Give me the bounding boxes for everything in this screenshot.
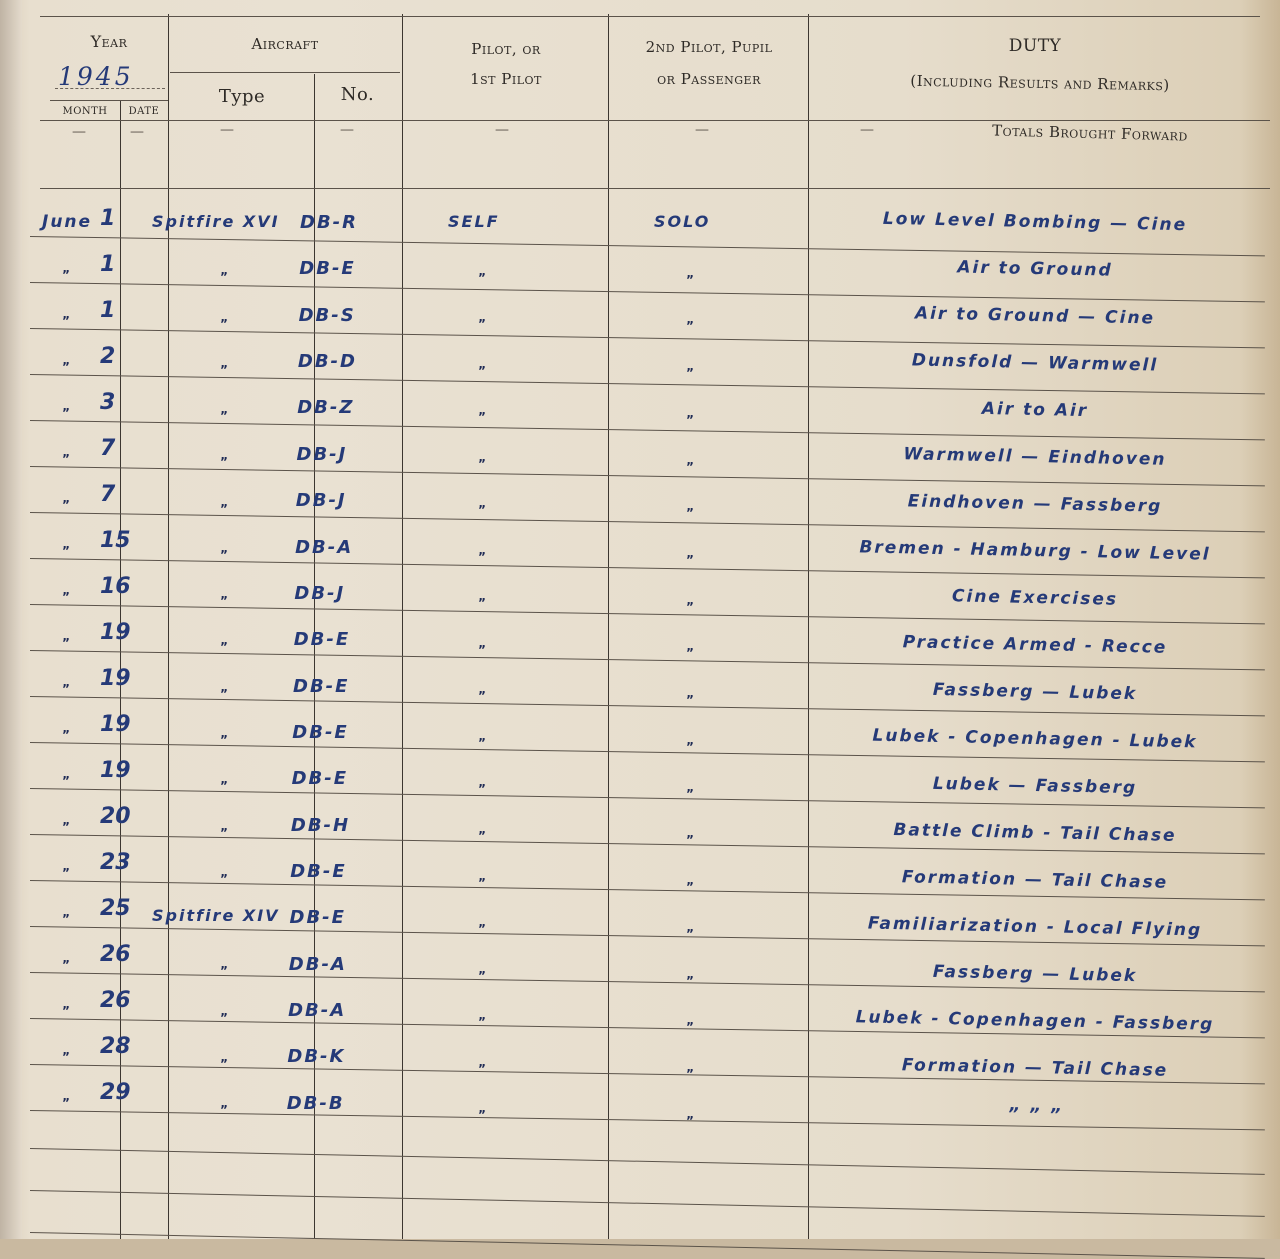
entry-aircraft-type: ”	[220, 455, 228, 469]
entry-pilot: SELF	[448, 212, 500, 231]
entry-month: ”	[62, 268, 70, 282]
entry-month: ”	[62, 912, 70, 926]
entry-second-pilot: ”	[686, 506, 694, 520]
entry-month: ”	[62, 452, 70, 466]
aircraft-header: Aircraft	[170, 35, 400, 53]
duty-subheader: (Including Results and Remarks)	[820, 70, 1260, 96]
row-rule	[30, 420, 1265, 440]
entry-pilot: ”	[478, 1062, 486, 1076]
entry-month: ”	[62, 314, 70, 328]
rule-aircraft-sub	[170, 72, 400, 73]
entry-aircraft-type: ”	[220, 270, 228, 284]
entry-aircraft-no: DB-E	[292, 768, 348, 789]
entry-second-pilot: ”	[686, 646, 694, 660]
entry-aircraft-type: ”	[220, 1011, 228, 1025]
pilot-dash: —	[495, 122, 509, 138]
entry-aircraft-no: DB-R	[300, 212, 358, 233]
entry-second-pilot: ”	[686, 319, 694, 333]
entry-date: 16	[100, 574, 131, 599]
rule-aircraft-pilot	[402, 14, 403, 1239]
entry-duty: Cine Exercises	[800, 583, 1270, 613]
entry-date: 2	[100, 344, 115, 369]
no-dash: —	[340, 122, 354, 138]
month-dash: —	[72, 124, 86, 140]
entry-second-pilot: ”	[686, 460, 694, 474]
entry-aircraft-no: DB-E	[294, 629, 350, 650]
entry-pilot: ”	[478, 410, 486, 424]
entry-month: ”	[62, 636, 70, 650]
second-dash: —	[695, 122, 709, 138]
rule-header-bottom	[40, 120, 1270, 121]
entry-second-pilot: ”	[686, 880, 694, 894]
entry-aircraft-type: ”	[220, 363, 228, 377]
entry-date: 26	[100, 942, 131, 967]
entry-pilot: ”	[478, 643, 486, 657]
entry-aircraft-no: DB-J	[297, 444, 348, 465]
entry-date: 1	[100, 298, 115, 323]
entry-month: ”	[62, 682, 70, 696]
year-header: Year	[50, 32, 168, 51]
entry-duty: Fassberg — Lubek	[800, 677, 1270, 707]
entry-month: ”	[62, 498, 70, 512]
entry-date: 19	[100, 712, 131, 737]
entry-aircraft-type: ”	[220, 594, 228, 608]
row-rule	[30, 328, 1265, 348]
entry-pilot: ”	[478, 876, 486, 890]
entry-aircraft-type: ”	[220, 317, 228, 331]
entry-second-pilot: ”	[686, 787, 694, 801]
entry-second-pilot: ”	[686, 693, 694, 707]
entry-second-pilot: ”	[686, 1020, 694, 1034]
entry-aircraft-type: ”	[220, 640, 228, 654]
blank-row-rule	[30, 1148, 1265, 1175]
totals-brought-forward: Totals Brought Forward	[930, 120, 1250, 146]
entry-date: 26	[100, 988, 131, 1013]
pilot-header-line2: 1st Pilot	[404, 70, 608, 88]
entry-second-pilot: ”	[686, 1114, 694, 1128]
rule-pilot-second	[608, 14, 609, 1239]
entry-aircraft-no: DB-E	[292, 722, 348, 743]
entry-date: 20	[100, 804, 131, 829]
entry-second-pilot: ”	[686, 833, 694, 847]
entry-duty: Eindhoven — Fassberg	[800, 489, 1270, 519]
entry-aircraft-no: DB-S	[299, 305, 356, 326]
entry-aircraft-type: ”	[220, 548, 228, 562]
entry-aircraft-type: ”	[220, 779, 228, 793]
rule-totals-bottom	[40, 188, 1270, 189]
entry-aircraft-no: DB-Z	[297, 397, 354, 418]
entry-aircraft-type: ”	[220, 687, 228, 701]
entry-pilot: ”	[478, 503, 486, 517]
entry-second-pilot: ”	[686, 927, 694, 941]
entry-aircraft-no: DB-E	[290, 861, 346, 882]
entry-date: 19	[100, 620, 131, 645]
row-rule	[30, 374, 1265, 394]
entry-month: ”	[62, 820, 70, 834]
entry-aircraft-no: DB-A	[295, 537, 353, 558]
entry-duty: Formation — Tail Chase	[800, 865, 1270, 895]
entry-aircraft-no: DB-B	[287, 1093, 345, 1114]
entry-date: 15	[100, 528, 131, 553]
entry-second-pilot: ”	[686, 413, 694, 427]
entry-aircraft-type: ”	[220, 1057, 228, 1071]
second-pilot-header-line1: 2nd Pilot, Pupil	[610, 38, 808, 56]
entry-duty: Practice Armed - Recce	[800, 630, 1270, 660]
entry-month: ”	[62, 590, 70, 604]
entry-duty: Air to Air	[800, 395, 1270, 425]
entry-duty: Familiarization - Local Flying	[800, 912, 1270, 942]
entry-date: 25	[100, 896, 131, 921]
year-dotted-line	[55, 88, 165, 89]
entry-pilot: ”	[478, 596, 486, 610]
entry-aircraft-no: DB-K	[287, 1046, 345, 1067]
entry-month: ”	[62, 958, 70, 972]
date-header: Date	[121, 106, 167, 117]
rule-top	[40, 16, 1260, 17]
entry-aircraft-type: ”	[220, 733, 228, 747]
blank-row-rule	[30, 1232, 1265, 1239]
pilot-header-line1: Pilot, or	[404, 40, 608, 58]
entry-pilot: ”	[478, 317, 486, 331]
entry-aircraft-no: DB-H	[291, 815, 350, 836]
entry-duty: Lubek - Copenhagen - Lubek	[800, 724, 1270, 754]
entry-date: 7	[100, 436, 115, 461]
entry-month: ”	[62, 728, 70, 742]
entry-pilot: ”	[478, 782, 486, 796]
entry-pilot: ”	[478, 364, 486, 378]
entry-aircraft-no: DB-J	[294, 583, 345, 604]
entry-pilot: ”	[478, 829, 486, 843]
duty-dash: —	[860, 122, 874, 138]
entry-pilot: ”	[478, 689, 486, 703]
entry-date: 1	[100, 252, 115, 277]
entry-aircraft-type: Spitfire XVI	[152, 212, 280, 231]
entry-second-pilot: ”	[686, 1067, 694, 1081]
entry-second-pilot: ”	[686, 553, 694, 567]
entry-date: 19	[100, 758, 131, 783]
date-dash: —	[130, 124, 144, 140]
entry-aircraft-type: ”	[220, 1103, 228, 1117]
type-dash: —	[220, 122, 234, 138]
logbook-page: Year 1945 Month Date Aircraft Type No. P…	[0, 0, 1280, 1239]
entry-date: 1	[100, 206, 115, 231]
entry-aircraft-no: DB-A	[288, 1000, 346, 1021]
entry-date: 19	[100, 666, 131, 691]
year-value: 1945	[58, 62, 134, 91]
entry-pilot: ”	[478, 457, 486, 471]
entry-second-pilot: ”	[686, 740, 694, 754]
entry-pilot: ”	[478, 969, 486, 983]
entry-month: June	[42, 212, 92, 232]
entry-aircraft-no: DB-J	[296, 490, 347, 511]
entry-month: ”	[62, 1050, 70, 1064]
entry-date: 7	[100, 482, 115, 507]
entry-aircraft-no: DB-E	[299, 258, 355, 279]
entry-date: 28	[100, 1034, 131, 1059]
row-rule	[30, 236, 1265, 256]
entry-month: ”	[62, 774, 70, 788]
entry-pilot: ”	[478, 1015, 486, 1029]
rule-year-aircraft	[168, 14, 169, 1239]
entry-duty: Air to Ground — Cine	[800, 301, 1270, 331]
row-rule	[30, 512, 1265, 532]
entry-aircraft-type: Spitfire XIV	[152, 906, 280, 925]
entry-aircraft-no: DB-E	[290, 907, 346, 928]
duty-header: DUTY	[810, 36, 1260, 56]
no-header: No.	[315, 84, 400, 105]
entry-aircraft-type: ”	[220, 409, 228, 423]
entry-second-pilot: ”	[686, 366, 694, 380]
entry-duty: Lubek — Fassberg	[800, 771, 1270, 801]
type-header: Type	[170, 86, 314, 107]
entry-month: ”	[62, 544, 70, 558]
entry-month: ”	[62, 406, 70, 420]
entry-second-pilot: SOLO	[654, 212, 710, 231]
entry-aircraft-type: ”	[220, 872, 228, 886]
entry-pilot: ”	[478, 736, 486, 750]
entry-aircraft-no: DB-A	[289, 954, 347, 975]
entry-month: ”	[62, 360, 70, 374]
entry-second-pilot: ”	[686, 273, 694, 287]
entry-second-pilot: ”	[686, 600, 694, 614]
entry-date: 29	[100, 1080, 131, 1105]
entry-duty: Air to Ground	[800, 254, 1270, 284]
month-header: Month	[50, 106, 120, 117]
row-rule	[30, 282, 1265, 302]
entry-month: ”	[62, 1096, 70, 1110]
entry-duty: Low Level Bombing — Cine	[800, 207, 1270, 237]
second-pilot-header-line2: or Passenger	[610, 70, 808, 88]
entry-month: ”	[62, 1004, 70, 1018]
rule-year-sub	[50, 100, 168, 101]
entry-duty: Warmwell — Eindhoven	[800, 442, 1270, 472]
entry-pilot: ”	[478, 550, 486, 564]
entry-pilot: ”	[478, 922, 486, 936]
entry-duty: Battle Climb - Tail Chase	[800, 818, 1270, 848]
entry-duty: Dunsfold — Warmwell	[800, 348, 1270, 378]
entry-pilot: ”	[478, 1108, 486, 1122]
entry-aircraft-no: DB-E	[293, 676, 349, 697]
entry-duty: Formation — Tail Chase	[800, 1053, 1270, 1083]
entry-pilot: ”	[478, 271, 486, 285]
entry-date: 23	[100, 850, 131, 875]
blank-row-rule	[30, 1190, 1265, 1217]
page-binding-edge	[0, 0, 22, 1239]
entry-date: 3	[100, 390, 115, 415]
entry-aircraft-no: DB-D	[298, 351, 357, 372]
entry-second-pilot: ”	[686, 974, 694, 988]
entry-duty: Bremen - Hamburg - Low Level	[800, 536, 1270, 566]
entry-aircraft-type: ”	[220, 964, 228, 978]
entry-month: ”	[62, 866, 70, 880]
entry-aircraft-type: ”	[220, 826, 228, 840]
entry-aircraft-type: ”	[220, 502, 228, 516]
row-rule	[30, 466, 1265, 486]
